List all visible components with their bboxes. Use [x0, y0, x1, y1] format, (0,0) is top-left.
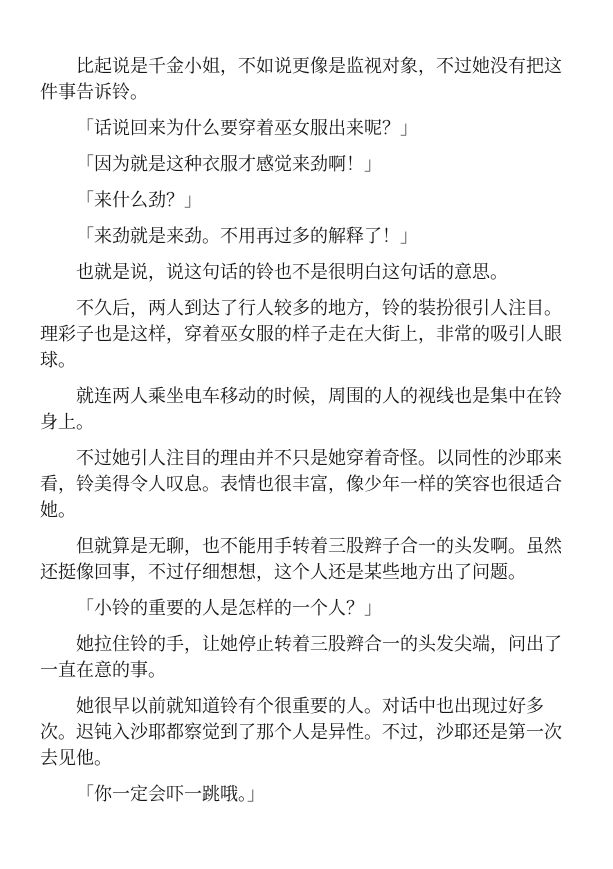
paragraph-dialogue: 「小铃的重要的人是怎样的一个人？」 — [40, 595, 570, 621]
paragraph-dialogue: 「因为就是这种衣服才感觉来劲啊！」 — [40, 151, 570, 177]
paragraph-dialogue: 「来什么劲？」 — [40, 187, 570, 213]
paragraph-narration: 不久后，两人到达了行人较多的地方，铃的装扮很引人注目。理彩子也是这样，穿着巫女服… — [40, 295, 570, 373]
paragraph-narration: 就连两人乘坐电车移动的时候，周围的人的视线也是集中在铃身上。 — [40, 383, 570, 435]
paragraph-narration: 但就算是无聊，也不能用手转着三股辫子合一的头发啊。虽然还挺像回事，不过仔细想想，… — [40, 533, 570, 585]
novel-page: 比起说是千金小姐，不如说更像是监视对象，不过她没有把这件事告诉铃。 「话说回来为… — [0, 0, 613, 869]
paragraph-dialogue: 「来劲就是来劲。不用再过多的解释了！」 — [40, 223, 570, 249]
paragraph-narration: 比起说是千金小姐，不如说更像是监视对象，不过她没有把这件事告诉铃。 — [40, 53, 570, 105]
paragraph-narration: 也就是说，说这句话的铃也不是很明白这句话的意思。 — [40, 259, 570, 285]
paragraph-dialogue: 「你一定会吓一跳哦。」 — [40, 781, 570, 807]
paragraph-narration: 她拉住铃的手，让她停止转着三股辫合一的头发尖端，问出了一直在意的事。 — [40, 631, 570, 683]
paragraph-narration: 她很早以前就知道铃有个很重要的人。对话中也出现过好多次。迟钝入沙耶都察觉到了那个… — [40, 693, 570, 771]
paragraph-narration: 不过她引人注目的理由并不只是她穿着奇怪。以同性的沙耶来看，铃美得令人叹息。表情也… — [40, 445, 570, 523]
paragraph-dialogue: 「话说回来为什么要穿着巫女服出来呢？」 — [40, 115, 570, 141]
